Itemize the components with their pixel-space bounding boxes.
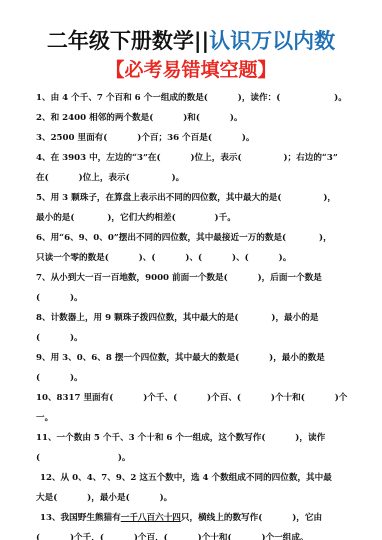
question-13-suffix: 只，横线上的数写作( )，它由 xyxy=(181,513,322,523)
question-13-prefix: 13、我国野生熊猫有 xyxy=(40,513,121,523)
question-9-line-1: 9、用 3、0、6、8 摆一个四位数，其中最大的数是( )，最小的数是 xyxy=(36,348,356,368)
question-13-line-2: ( )个千，( )个百，( )个十和( )个一组成。 xyxy=(36,528,356,540)
question-7-line-2: ( )。 xyxy=(36,288,356,308)
title-separator: || xyxy=(194,29,209,53)
question-10-line-1: 10、8317 里面有( )个千、( )个百、( )个十和( )个 xyxy=(36,388,356,408)
question-11-line-1: 11、一个数由 5 个千、3 个十和 6 个一组成，这个数写作( )，读作 xyxy=(36,428,356,448)
question-12-line-1: 12、从 0、4、7、9、2 这五个数中，选 4 个数组成不同的四位数，其中最 xyxy=(36,468,356,488)
question-8-line-2: ( )。 xyxy=(36,328,356,348)
title-grade: 二年级下册数学 xyxy=(47,29,194,53)
page-title: 二年级下册数学||认识万以内数 xyxy=(0,28,382,54)
question-4-line-2: 在( )位上，表示( )。 xyxy=(36,168,356,188)
question-9-line-2: ( )。 xyxy=(36,368,356,388)
question-11-line-2: ( )。 xyxy=(36,448,356,468)
question-6-line-2: 只读一个零的数是( )、( )、( )、( )。 xyxy=(36,248,356,268)
page-subtitle: 【必考易错填空题】 xyxy=(0,58,382,82)
question-4-line-1: 4、在 3903 中，左边的“3”在( )位上，表示( )；右边的“3” xyxy=(36,148,356,168)
question-5-line-1: 5、用 3 颗珠子，在算盘上表示出不同的四位数，其中最大的是( )， xyxy=(36,188,356,208)
question-13-line-1: 13、我国野生熊猫有一千八百六十四只，横线上的数写作( )，它由 xyxy=(36,508,356,528)
question-12-line-2: 大是( )，最小是( )。 xyxy=(36,488,356,508)
question-7-line-1: 7、从小到大一百一百地数，9000 前面一个数是( )，后面一个数是 xyxy=(36,268,356,288)
question-5-line-2: 最小的是( )，它们大约相差( )千。 xyxy=(36,208,356,228)
question-13-underlined-number: 一千八百六十四 xyxy=(121,513,181,523)
question-2-line-1: 2、和 2400 相邻的两个数是( )和( )。 xyxy=(36,108,356,128)
question-8-line-1: 8、计数器上，用 9 颗珠子拨四位数，其中最大的是( )，最小的是 xyxy=(36,308,356,328)
question-3-line-1: 3、2500 里面有( )个百；36 个百是( )。 xyxy=(36,128,356,148)
question-10-line-2: 一。 xyxy=(36,408,356,428)
question-6-line-1: 6、用“6、9、0、0”摆出不同的四位数，其中最接近一万的数是( )， xyxy=(36,228,356,248)
question-list: 1、由 4 个千、7 个百和 6 个一组成的数是( )，读作：( )。 2、和 … xyxy=(36,88,356,540)
question-1-line-1: 1、由 4 个千、7 个百和 6 个一组成的数是( )，读作：( )。 xyxy=(36,88,356,108)
title-topic: 认识万以内数 xyxy=(209,29,335,53)
